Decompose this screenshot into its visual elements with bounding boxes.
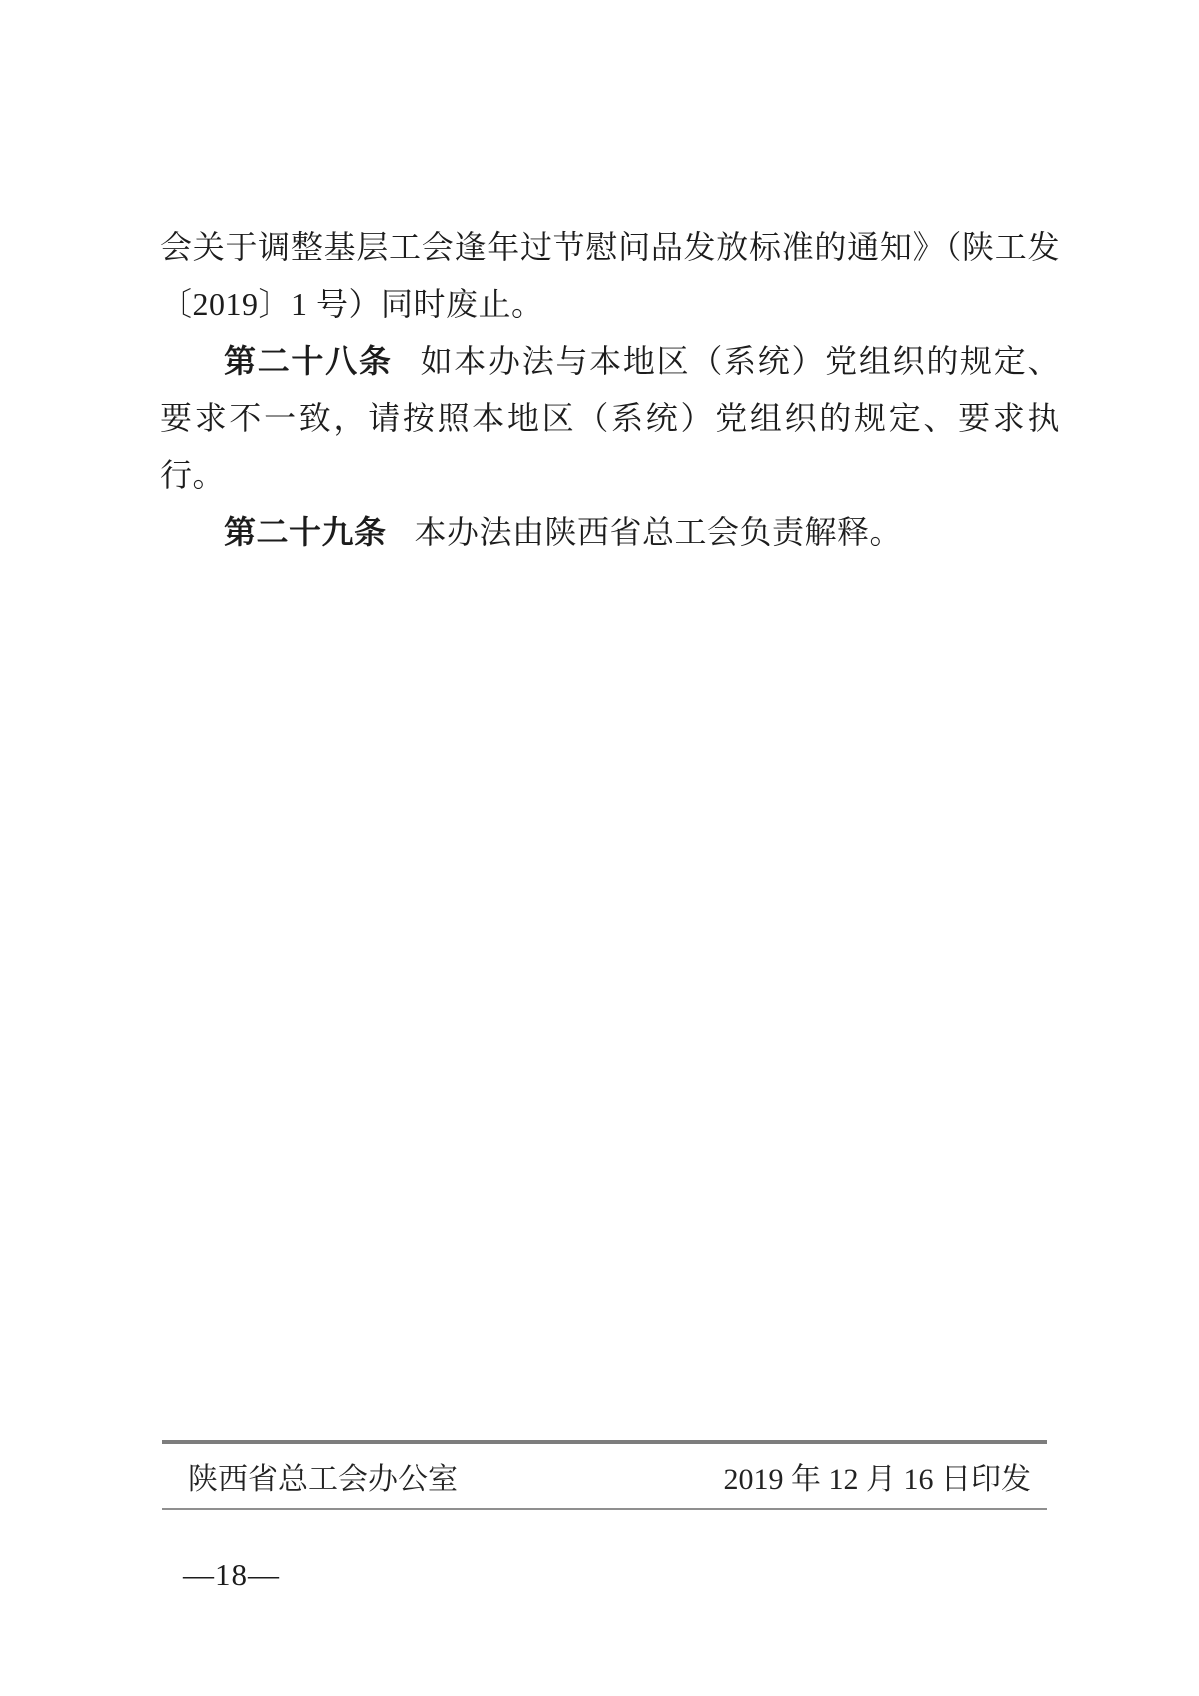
- document-colophon: 陕西省总工会办公室 2019 年 12 月 16 日印发: [162, 1440, 1047, 1510]
- colophon-row: 陕西省总工会办公室 2019 年 12 月 16 日印发: [162, 1444, 1047, 1508]
- paragraph-article-28: 第二十八条如本办法与本地区（系统）党组织的规定、要求不一致，请按照本地区（系统）…: [160, 333, 1060, 504]
- article-number-29: 第二十九条: [224, 514, 387, 550]
- print-date: 2019 年 12 月 16 日印发: [724, 1454, 1032, 1498]
- paragraph-text: 本办法由陕西省总工会负责解释。: [415, 514, 903, 550]
- paragraph-article-29: 第二十九条本办法由陕西省总工会负责解释。: [160, 504, 1060, 561]
- issuing-office: 陕西省总工会办公室: [188, 1454, 458, 1498]
- document-page: 会关于调整基层工会逢年过节慰问品发放标准的通知》（陕工发〔2019〕1 号）同时…: [0, 0, 1199, 1696]
- article-number-28: 第二十八条: [224, 343, 393, 379]
- colophon-bottom-rule: [162, 1508, 1047, 1510]
- page-number: —18—: [183, 1557, 280, 1593]
- paragraph-continuation: 会关于调整基层工会逢年过节慰问品发放标准的通知》（陕工发〔2019〕1 号）同时…: [160, 219, 1060, 333]
- paragraph-text: 会关于调整基层工会逢年过节慰问品发放标准的通知》（陕工发〔2019〕1 号）同时…: [160, 229, 1060, 322]
- document-body: 会关于调整基层工会逢年过节慰问品发放标准的通知》（陕工发〔2019〕1 号）同时…: [160, 219, 1060, 561]
